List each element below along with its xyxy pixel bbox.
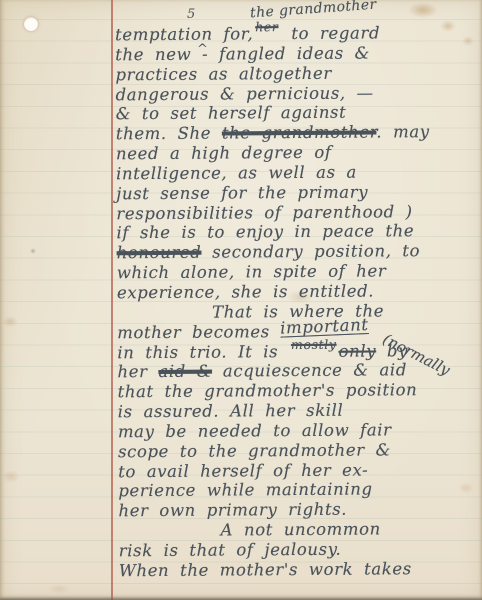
stain — [2, 316, 18, 327]
manuscript-segment: may be needed to allow fair — [118, 420, 392, 441]
manuscript-line: them. She the grandmother. may — [116, 122, 478, 144]
manuscript-segment: in this trio. It is — [117, 342, 289, 362]
manuscript-segment: mother becomes — [117, 322, 280, 342]
manuscript-segment: to regard — [280, 23, 380, 43]
manuscript-line: the new - fangled ideas & — [115, 43, 477, 65]
manuscript-segment: if she is to enjoy in peace the — [116, 222, 414, 243]
punch-hole — [24, 17, 38, 31]
manuscript-segment: by — [376, 341, 408, 360]
manuscript-line: scope to the grandmother & — [118, 439, 480, 461]
manuscript-line: practices as altogether — [115, 62, 477, 84]
red-margin-line — [111, 0, 113, 600]
manuscript-line: may be needed to allow fair — [118, 420, 480, 442]
manuscript-segment: When the mother's work takes — [119, 559, 412, 580]
manuscript-segment: her own primary rights. — [118, 500, 347, 521]
manuscript-segment: to avail herself of her ex- — [118, 460, 368, 481]
manuscript-line: is assured. All her skill — [118, 400, 480, 422]
manuscript-segment: scope to the grandmother & — [118, 440, 391, 461]
manuscript-segment: intelligence, as well as a — [116, 162, 357, 183]
manuscript-line: experience, she is entitled. — [117, 281, 479, 303]
manuscript-segment: experience, she is entitled. — [117, 281, 374, 302]
manuscript-segment-sup-strike: her — [255, 17, 278, 37]
stain — [408, 2, 438, 18]
manuscript-line: intelligence, as well as a — [116, 162, 478, 184]
manuscript-line: When the mother's work takes — [119, 559, 481, 581]
manuscript-segment: practices as altogether — [115, 63, 332, 84]
manuscript-line: perience while maintaining — [118, 479, 480, 501]
manuscript-line: dangerous & pernicious, — — [115, 82, 477, 104]
manuscript-segment-strike-heavy: aid & — [158, 362, 212, 381]
manuscript-segment: the new - fangled ideas & — [115, 43, 370, 64]
manuscript-segment-strike: only — [338, 341, 376, 360]
manuscript-segment: just sense for the primary — [116, 182, 368, 203]
manuscript-segment: responsibilities of parenthood ) — [116, 202, 412, 223]
stain — [2, 470, 20, 483]
manuscript-segment-strike-heavy: honoured — [117, 243, 202, 263]
manuscript-line: risk is that of jealousy. — [119, 539, 481, 561]
manuscript-line: temptation for,her to regard — [115, 23, 477, 45]
manuscript-line: A not uncommon — [119, 519, 481, 541]
manuscript-line: responsibilities of parenthood ) — [116, 201, 478, 223]
manuscript-segment-sup-strike: mostly — [291, 334, 337, 354]
manuscript-segment: A not uncommon — [221, 520, 381, 540]
handwritten-text-block: temptation for,her to regardthe new - fa… — [115, 23, 481, 581]
manuscript-segment: her — [117, 362, 158, 381]
manuscript-segment: secondary position, to — [201, 241, 420, 262]
manuscript-segment: temptation for, — [115, 24, 253, 44]
manuscript-segment: & to set herself against — [116, 103, 347, 124]
manuscript-line: in this trio. It is mostlyonly by — [117, 340, 479, 362]
manuscript-line: her own primary rights. — [118, 499, 480, 521]
manuscript-line: that the grandmother's position — [118, 380, 480, 402]
manuscript-line: which alone, in spite of her — [117, 261, 479, 283]
manuscript-line: her aid & acquiescence & aid — [117, 360, 479, 382]
manuscript-segment: . may — [376, 122, 429, 141]
manuscript-segment: is assured. All her skill — [118, 401, 344, 422]
manuscript-line: & to set herself against — [116, 102, 478, 124]
manuscript-segment: dangerous & pernicious, — — [115, 83, 373, 104]
stain — [30, 248, 36, 254]
manuscript-line: if she is to enjoy in peace the — [116, 221, 478, 243]
manuscript-line: to avail herself of her ex- — [118, 459, 480, 481]
manuscript-segment: perience while maintaining — [118, 480, 372, 501]
manuscript-line: just sense for the primary — [116, 181, 478, 203]
manuscript-segment: risk is that of jealousy. — [119, 540, 342, 561]
manuscript-segment: need a high degree of — [116, 143, 332, 164]
manuscript-segment: that the grandmother's position — [118, 380, 418, 401]
manuscript-segment: which alone, in spite of her — [117, 262, 387, 283]
stain — [48, 584, 70, 594]
page-number: 5 — [187, 7, 195, 22]
manuscript-line: honoured secondary position, to — [117, 241, 479, 263]
manuscript-segment-strike-heavy: the grandmother — [222, 123, 377, 143]
manuscript-line: need a high degree of — [116, 142, 478, 164]
manuscript-page: 5 the grandmother ^ (normally temptation… — [0, 0, 482, 600]
manuscript-segment: acquiescence & aid — [212, 361, 407, 381]
manuscript-segment: them. She — [116, 124, 222, 144]
